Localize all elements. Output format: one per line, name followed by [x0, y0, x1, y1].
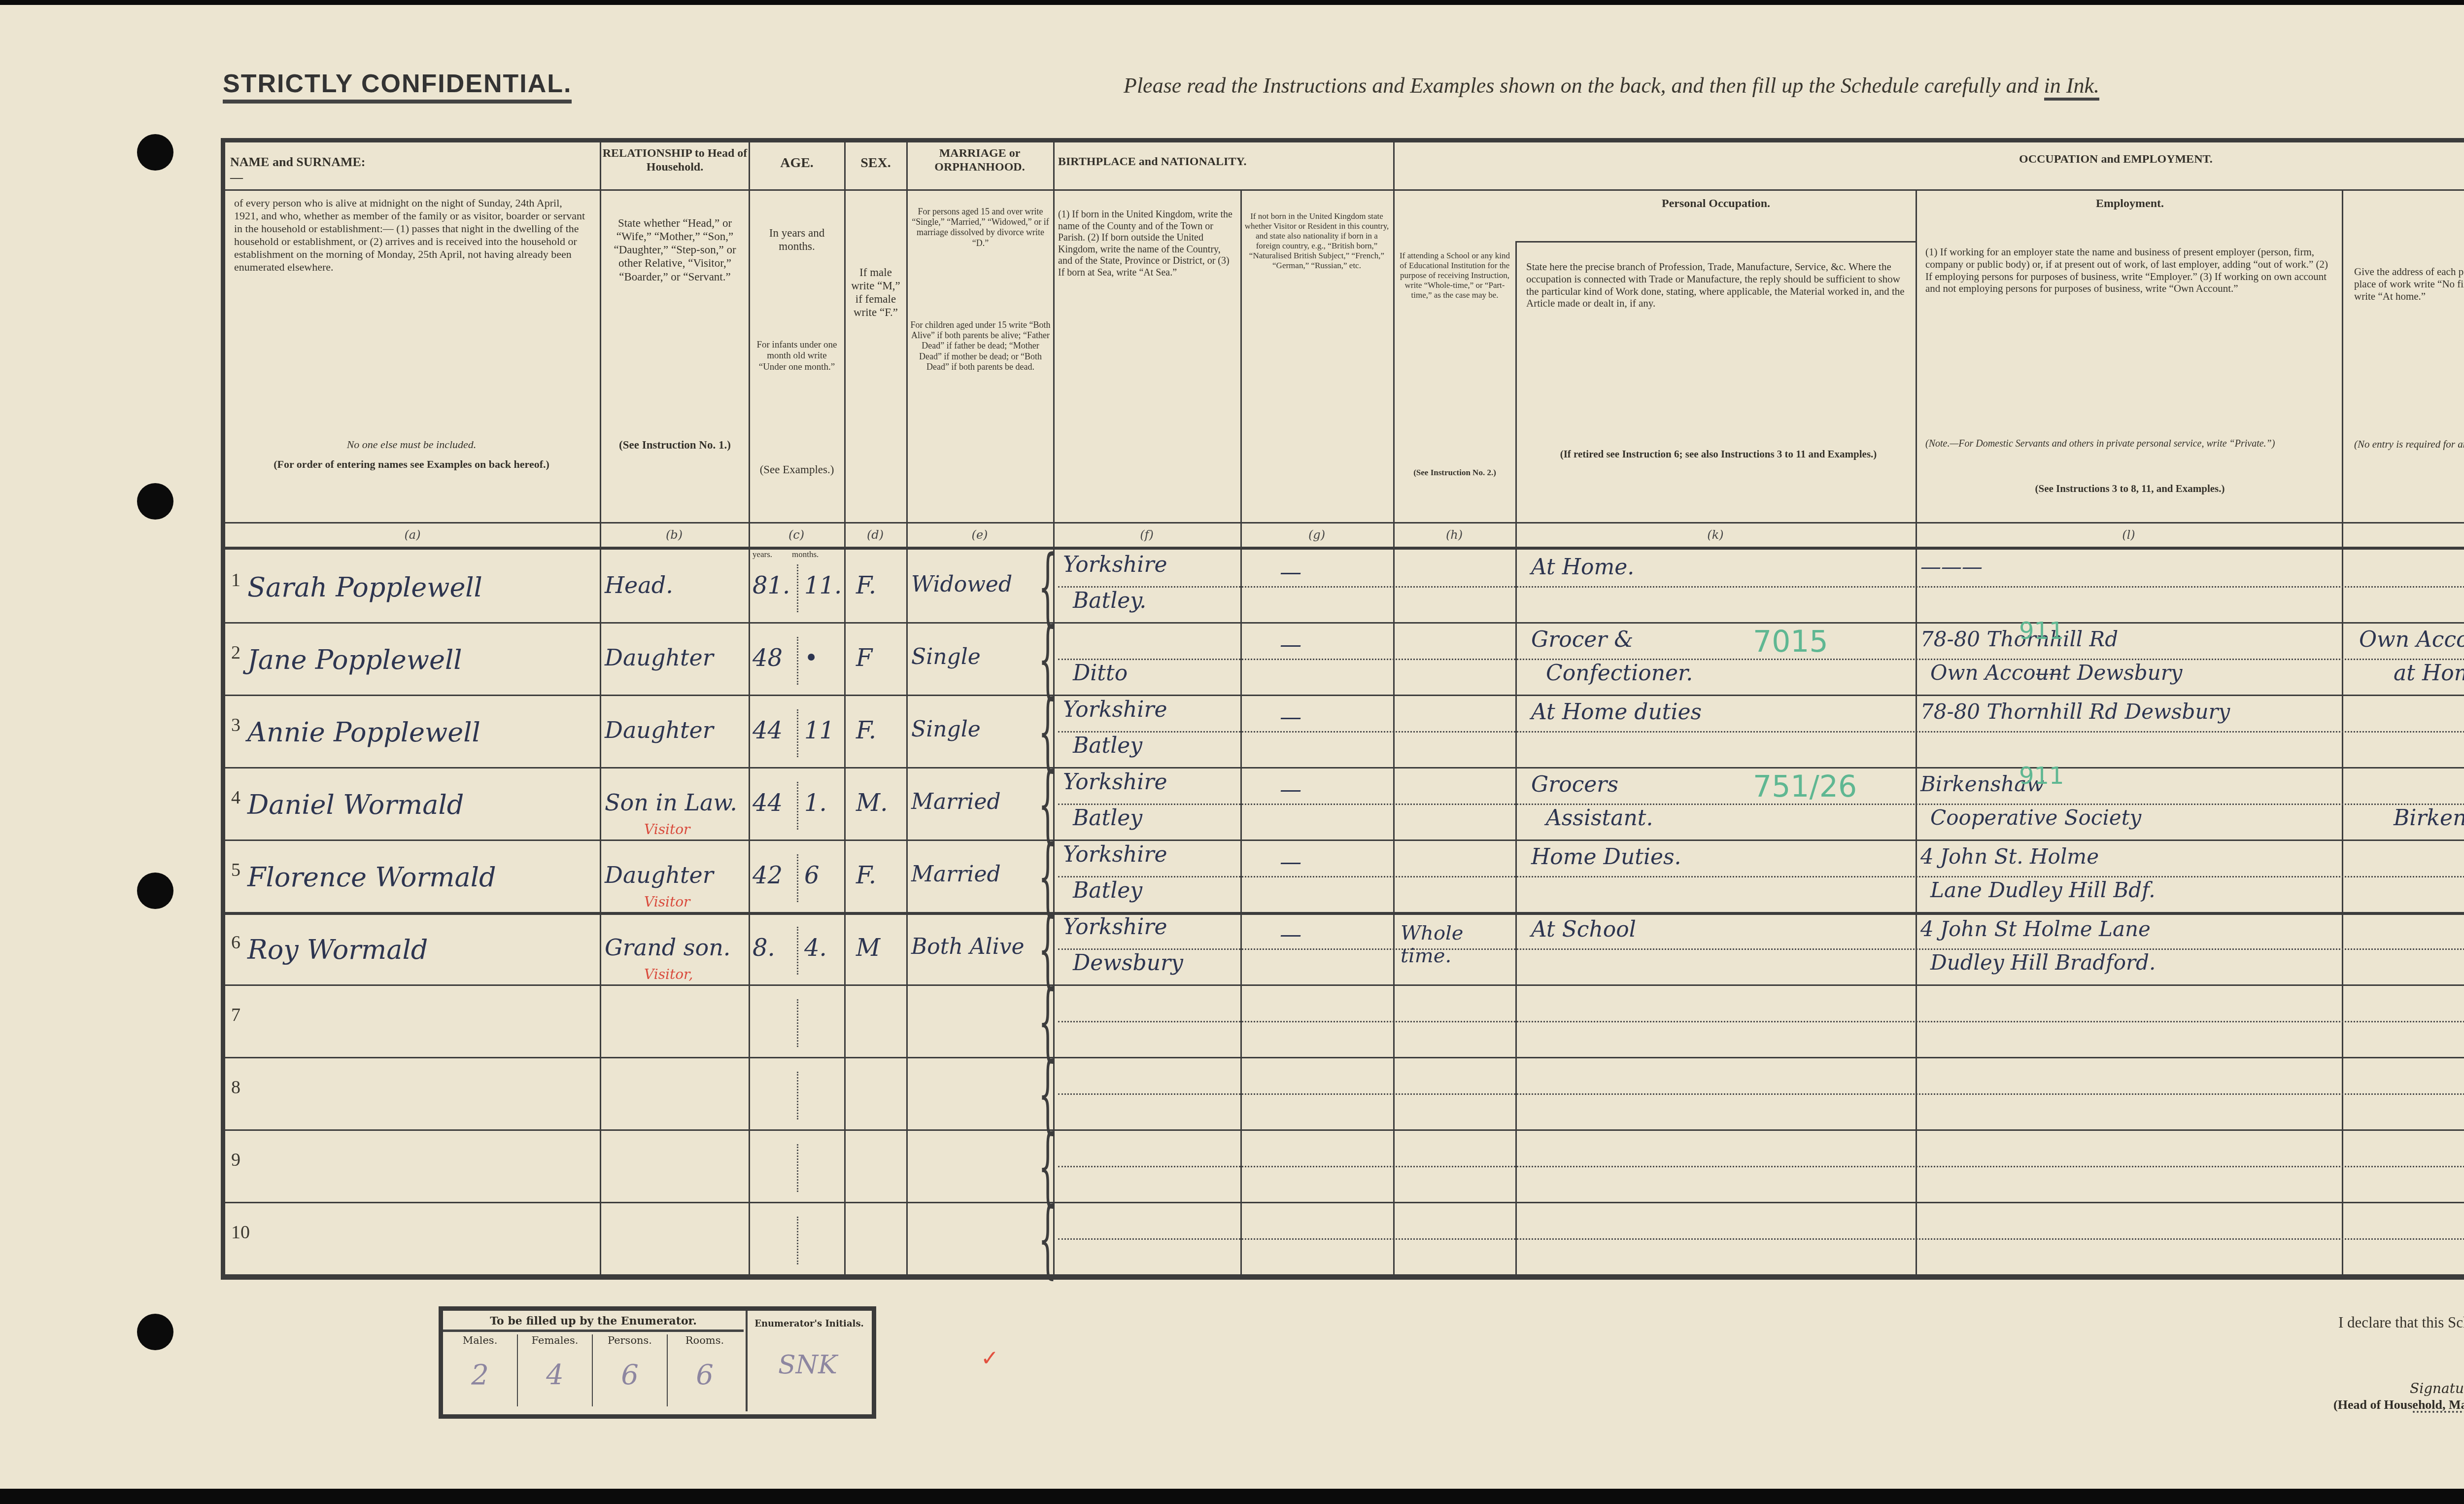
sex-field[interactable]: F.: [856, 862, 876, 889]
col-divider: [1240, 189, 1242, 1275]
occupation-code: 751/26: [1753, 769, 1857, 804]
col-divider: [844, 142, 846, 1275]
marriage-field[interactable]: Married: [911, 789, 1001, 814]
row-number: 4: [231, 787, 240, 808]
employment-field[interactable]: 4 John St. Holme: [1920, 844, 2099, 869]
marriage-field[interactable]: Both Alive: [911, 934, 1025, 959]
enumerator-summary-box: To be filled up by the Enumerator. Enume…: [439, 1306, 876, 1419]
employment-field-2[interactable]: Own Accou̶n̶t Dewsbury: [1930, 661, 2183, 685]
check-mark-icon: ✓: [981, 1346, 999, 1371]
occupation-field[interactable]: Grocer &: [1531, 627, 1634, 652]
occupation-field[interactable]: At Home duties: [1531, 700, 1702, 725]
name-field[interactable]: Sarah Popplewell: [247, 572, 482, 603]
age-months-field[interactable]: 6: [804, 862, 820, 889]
occupation-field-2[interactable]: Confectioner.: [1546, 661, 1693, 686]
females-count: Females.4: [518, 1334, 593, 1406]
age-months-field[interactable]: 4.: [804, 934, 827, 962]
persons-count: Persons.6: [593, 1334, 668, 1406]
employment-field[interactable]: ———: [1920, 555, 1983, 579]
sex-field[interactable]: F: [856, 644, 872, 672]
employment-field[interactable]: 4 John St Holme Lane: [1920, 917, 2151, 941]
birth-town-field[interactable]: Batley.: [1073, 588, 1146, 613]
sex-field[interactable]: F.: [856, 572, 876, 599]
name-field[interactable]: Annie Popplewell: [247, 717, 480, 748]
row-number: 1: [231, 569, 240, 591]
punch-hole: [137, 1314, 173, 1350]
declaration-text: I declare that this Schedule is correctl…: [2338, 1314, 2464, 1331]
relationship-field[interactable]: Daughter: [605, 862, 714, 888]
nationality-field[interactable]: —: [1280, 560, 1301, 585]
fill-instruction: Please read the Instructions and Example…: [1124, 73, 2099, 98]
col-divider: [749, 142, 750, 1275]
age-months-field[interactable]: 1.: [804, 789, 827, 817]
males-count: Males.2: [443, 1334, 518, 1406]
household-schedule-table: NAME and SURNAME:— of every person who i…: [221, 138, 2464, 1280]
birth-town-field[interactable]: Ditto: [1073, 661, 1128, 686]
sex-field[interactable]: M.: [856, 789, 888, 817]
col-divider: [1515, 241, 1517, 1275]
age-years-field[interactable]: 81.: [753, 572, 790, 599]
name-field[interactable]: Daniel Wormald: [247, 789, 464, 820]
occupation-code: 7015: [1753, 625, 1828, 659]
nationality-field[interactable]: —: [1280, 704, 1301, 730]
census-schedule-sheet: STRICTLY CONFIDENTIAL. Please read the I…: [0, 5, 2464, 1489]
age-years-field[interactable]: 48: [753, 644, 783, 672]
occupation-field[interactable]: At School: [1531, 917, 1636, 942]
age-months-field[interactable]: 11: [804, 717, 834, 744]
enumerator-initials[interactable]: SNK: [778, 1350, 837, 1380]
row-number: 10: [231, 1222, 250, 1243]
birth-county-field[interactable]: Yorkshire: [1063, 697, 1167, 722]
age-months-field[interactable]: 11.: [804, 572, 842, 599]
birth-county-field[interactable]: Yorkshire: [1063, 842, 1167, 867]
occupation-field[interactable]: Grocers: [1531, 772, 1618, 797]
col-divider: [2342, 189, 2343, 1275]
row-number: 2: [231, 642, 240, 664]
age-years-field[interactable]: 42: [753, 862, 783, 889]
birth-town-field[interactable]: Batley: [1073, 733, 1142, 758]
marriage-field[interactable]: Married: [911, 862, 1001, 887]
name-field[interactable]: Roy Wormald: [247, 934, 428, 965]
marriage-field[interactable]: Single: [911, 644, 981, 669]
employment-field-2[interactable]: Cooperative Society: [1930, 805, 2141, 830]
employment-field-2[interactable]: Lane Dudley Hill Bdf.: [1930, 878, 2156, 902]
occupation-field[interactable]: Home Duties.: [1531, 844, 1681, 870]
employment-code: 911: [2019, 617, 2064, 645]
nationality-field[interactable]: —: [1280, 922, 1301, 947]
col-divider: [600, 142, 601, 1275]
visitor-annotation: Visitor,: [644, 966, 693, 982]
punch-hole: [137, 134, 173, 171]
relationship-field[interactable]: Daughter: [605, 644, 714, 671]
col-divider: [906, 142, 908, 1275]
relationship-field[interactable]: Son in Law.: [605, 789, 737, 816]
school-field[interactable]: Whole time.: [1401, 922, 1509, 967]
page-title: STRICTLY CONFIDENTIAL.: [223, 69, 572, 104]
occupation-field[interactable]: At Home.: [1531, 555, 1634, 580]
occupation-field-2[interactable]: Assistant.: [1546, 805, 1653, 831]
employment-field[interactable]: 78-80 Thornhill Rd Dewsbury: [1920, 700, 2230, 724]
nationality-field[interactable]: —: [1280, 849, 1301, 874]
nationality-field[interactable]: —: [1280, 777, 1301, 802]
signature-caption: (Head of Household, Manager of Establish…: [2333, 1398, 2464, 1412]
age-years-field[interactable]: 44: [753, 789, 783, 817]
age-years-field[interactable]: 8.: [753, 934, 775, 962]
name-field[interactable]: Jane Popplewell: [247, 644, 462, 675]
relationship-field[interactable]: Daughter: [605, 717, 714, 743]
marriage-field[interactable]: Single: [911, 717, 981, 742]
age-years-field[interactable]: 44: [753, 717, 783, 744]
relationship-field[interactable]: Head.: [605, 572, 673, 598]
birth-town-field[interactable]: Batley: [1073, 878, 1142, 903]
sex-field[interactable]: M: [856, 934, 880, 962]
row-number: 8: [231, 1077, 240, 1098]
nationality-field[interactable]: —: [1280, 632, 1301, 657]
punch-hole: [137, 873, 173, 909]
row-number: 9: [231, 1149, 240, 1171]
visitor-annotation: Visitor: [644, 821, 690, 838]
relationship-field[interactable]: Grand son.: [605, 934, 730, 961]
birth-town-field[interactable]: Dewsbury: [1073, 950, 1183, 976]
row-number: 5: [231, 859, 240, 881]
col-divider: [1393, 142, 1395, 1275]
col-divider: [1916, 189, 1917, 1275]
visitor-annotation: Visitor: [644, 894, 690, 910]
marriage-field[interactable]: Widowed: [911, 572, 1012, 597]
row-number: 3: [231, 714, 240, 736]
name-field[interactable]: Florence Wormald: [247, 862, 496, 893]
age-months-field[interactable]: •: [804, 644, 818, 672]
birth-town-field[interactable]: Batley: [1073, 805, 1142, 831]
birth-county-field[interactable]: Yorkshire: [1063, 769, 1167, 795]
sex-field[interactable]: F.: [856, 717, 876, 744]
rooms-count: Rooms.6: [668, 1334, 742, 1406]
birth-county-field[interactable]: Yorkshire: [1063, 914, 1167, 940]
place-of-work-field-2[interactable]: at Home.: [2394, 661, 2464, 686]
birth-county-field[interactable]: Yorkshire: [1063, 552, 1167, 577]
employment-code: 911: [2019, 762, 2064, 790]
punch-hole: [137, 483, 173, 520]
col-a-instructions: of every person who is alive at midnight…: [234, 197, 589, 274]
place-of-work-field-2[interactable]: Birkenshaw: [2394, 805, 2464, 831]
row-number: 7: [231, 1004, 240, 1026]
employment-field-2[interactable]: Dudley Hill Bradford.: [1930, 950, 2156, 975]
row-number: 6: [231, 932, 240, 953]
place-of-work-field[interactable]: Own Account: [2359, 627, 2464, 652]
